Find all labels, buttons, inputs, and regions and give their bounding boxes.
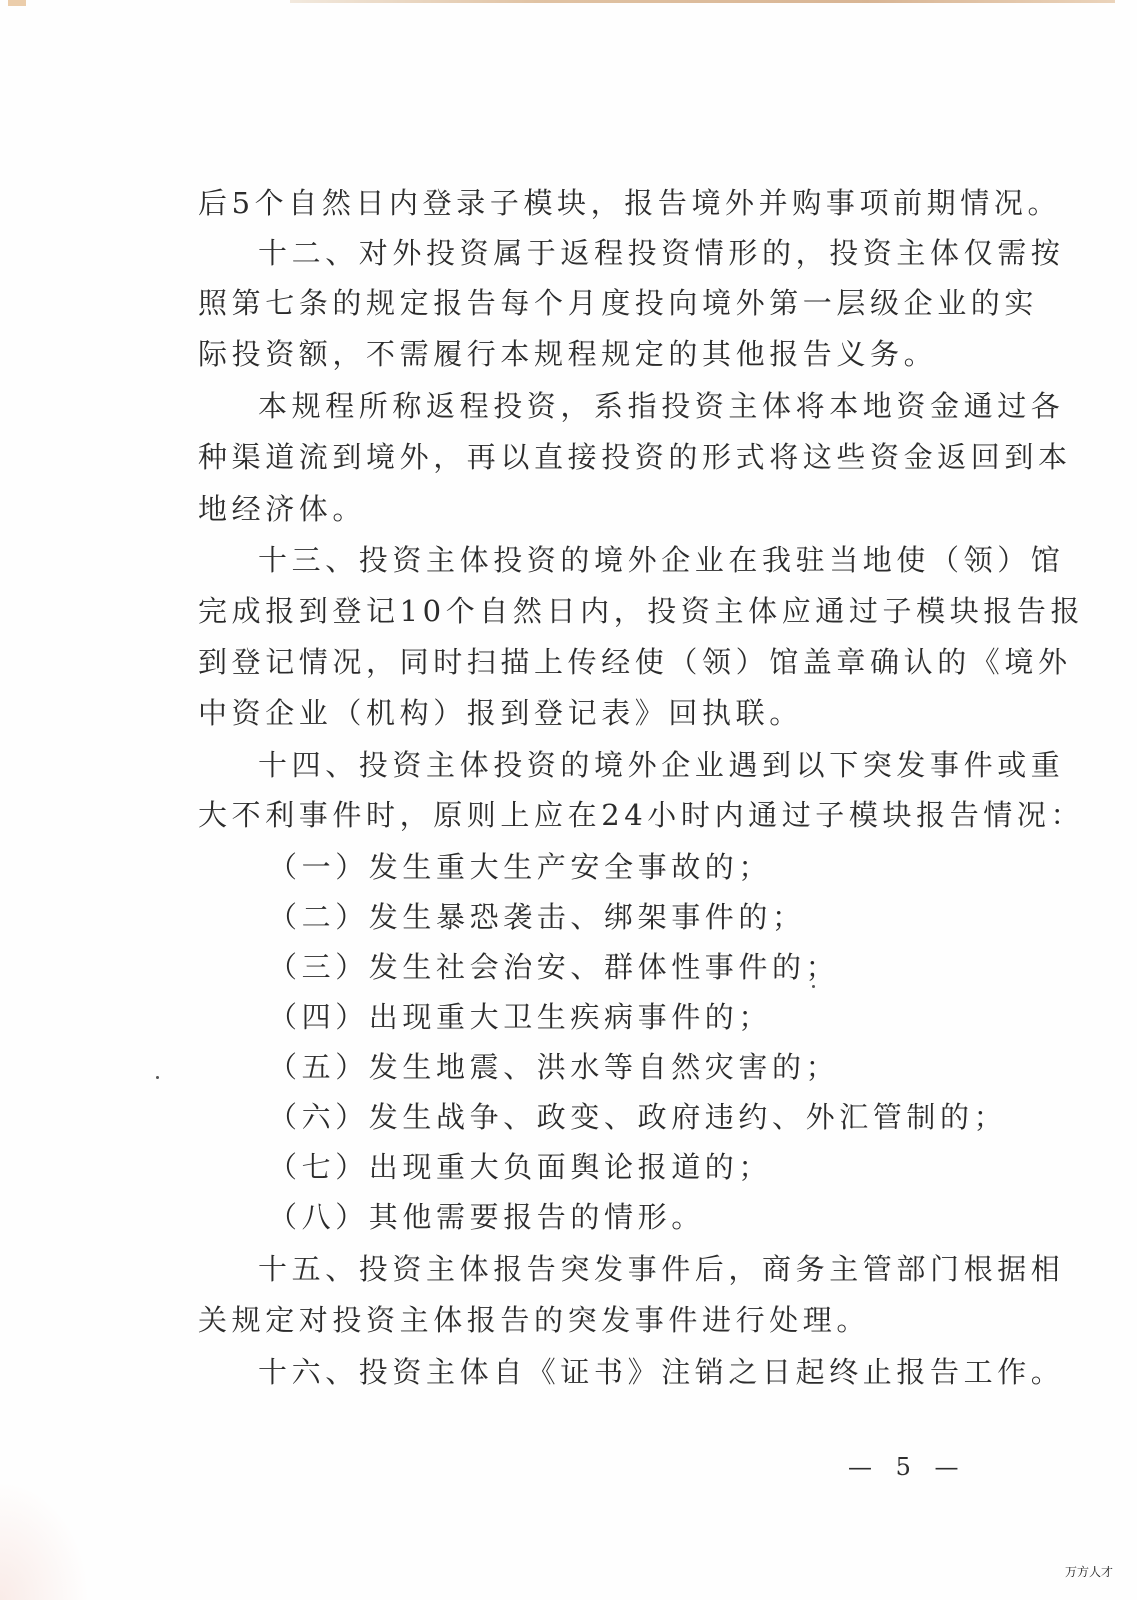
paper-corner-edge [8,0,26,6]
text-line: 大不利事件时，原则上应在24小时内通过子模块报告情况： [198,798,1084,832]
scan-speck [812,985,815,988]
list-item: （四）出现重大卫生疾病事件的； [268,1000,772,1034]
list-item: （七）出现重大负面舆论报道的； [268,1150,772,1184]
page-number: — 5 — [848,1452,967,1482]
list-item: （八）其他需要报告的情形。 [268,1200,705,1234]
paper-top-edge [290,0,1115,3]
clause-14-heading-line: 十四、投资主体投资的境外企业遇到以下突发事件或重 [258,748,1064,782]
list-item: （二）发生暴恐袭击、绑架事件的； [268,900,806,934]
text-line: 完成报到登记10个自然日内，投资主体应通过子模块报告报 [198,594,1084,628]
text-line: 际投资额，不需履行本规程规定的其他报告义务。 [198,337,937,371]
clause-15-heading-line: 十五、投资主体报告突发事件后，商务主管部门根据相 [258,1252,1064,1286]
text-line: 关规定对投资主体报告的突发事件进行处理。 [198,1303,870,1337]
text-line: 照第七条的规定报告每个月度投向境外第一层级企业的实 [198,286,1038,320]
text-line: 地经济体。 [198,492,366,526]
clause-12-heading-line: 十二、对外投资属于返程投资情形的，投资主体仅需按 [258,236,1064,270]
list-item: （六）发生战争、政变、政府违约、外汇管制的； [268,1100,1007,1134]
text-line: 到登记情况，同时扫描上传经使（领）馆盖章确认的《境外 [198,645,1072,679]
scan-speck [156,1076,159,1079]
clause-16-heading-line: 十六、投资主体自《证书》注销之日起终止报告工作。 [258,1355,1064,1389]
definition-paragraph-line: 本规程所称返程投资，系指投资主体将本地资金通过各 [258,389,1064,423]
list-item: （三）发生社会治安、群体性事件的； [268,950,839,984]
clause-13-heading-line: 十三、投资主体投资的境外企业在我驻当地使（领）馆 [258,543,1064,577]
text-line: 后5个自然日内登录子模块，报告境外并购事项前期情况。 [198,186,1061,220]
document-page: 后5个自然日内登录子模块，报告境外并购事项前期情况。 十二、对外投资属于返程投资… [0,0,1137,1600]
text-line: 中资企业（机构）报到登记表》回执联。 [198,696,803,730]
watermark: 万方人才 [1065,1563,1113,1580]
paper-stain [0,1480,90,1600]
list-item: （一）发生重大生产安全事故的； [268,850,772,884]
text-line: 种渠道流到境外，再以直接投资的形式将这些资金返回到本 [198,440,1072,474]
list-item: （五）发生地震、洪水等自然灾害的； [268,1050,839,1084]
